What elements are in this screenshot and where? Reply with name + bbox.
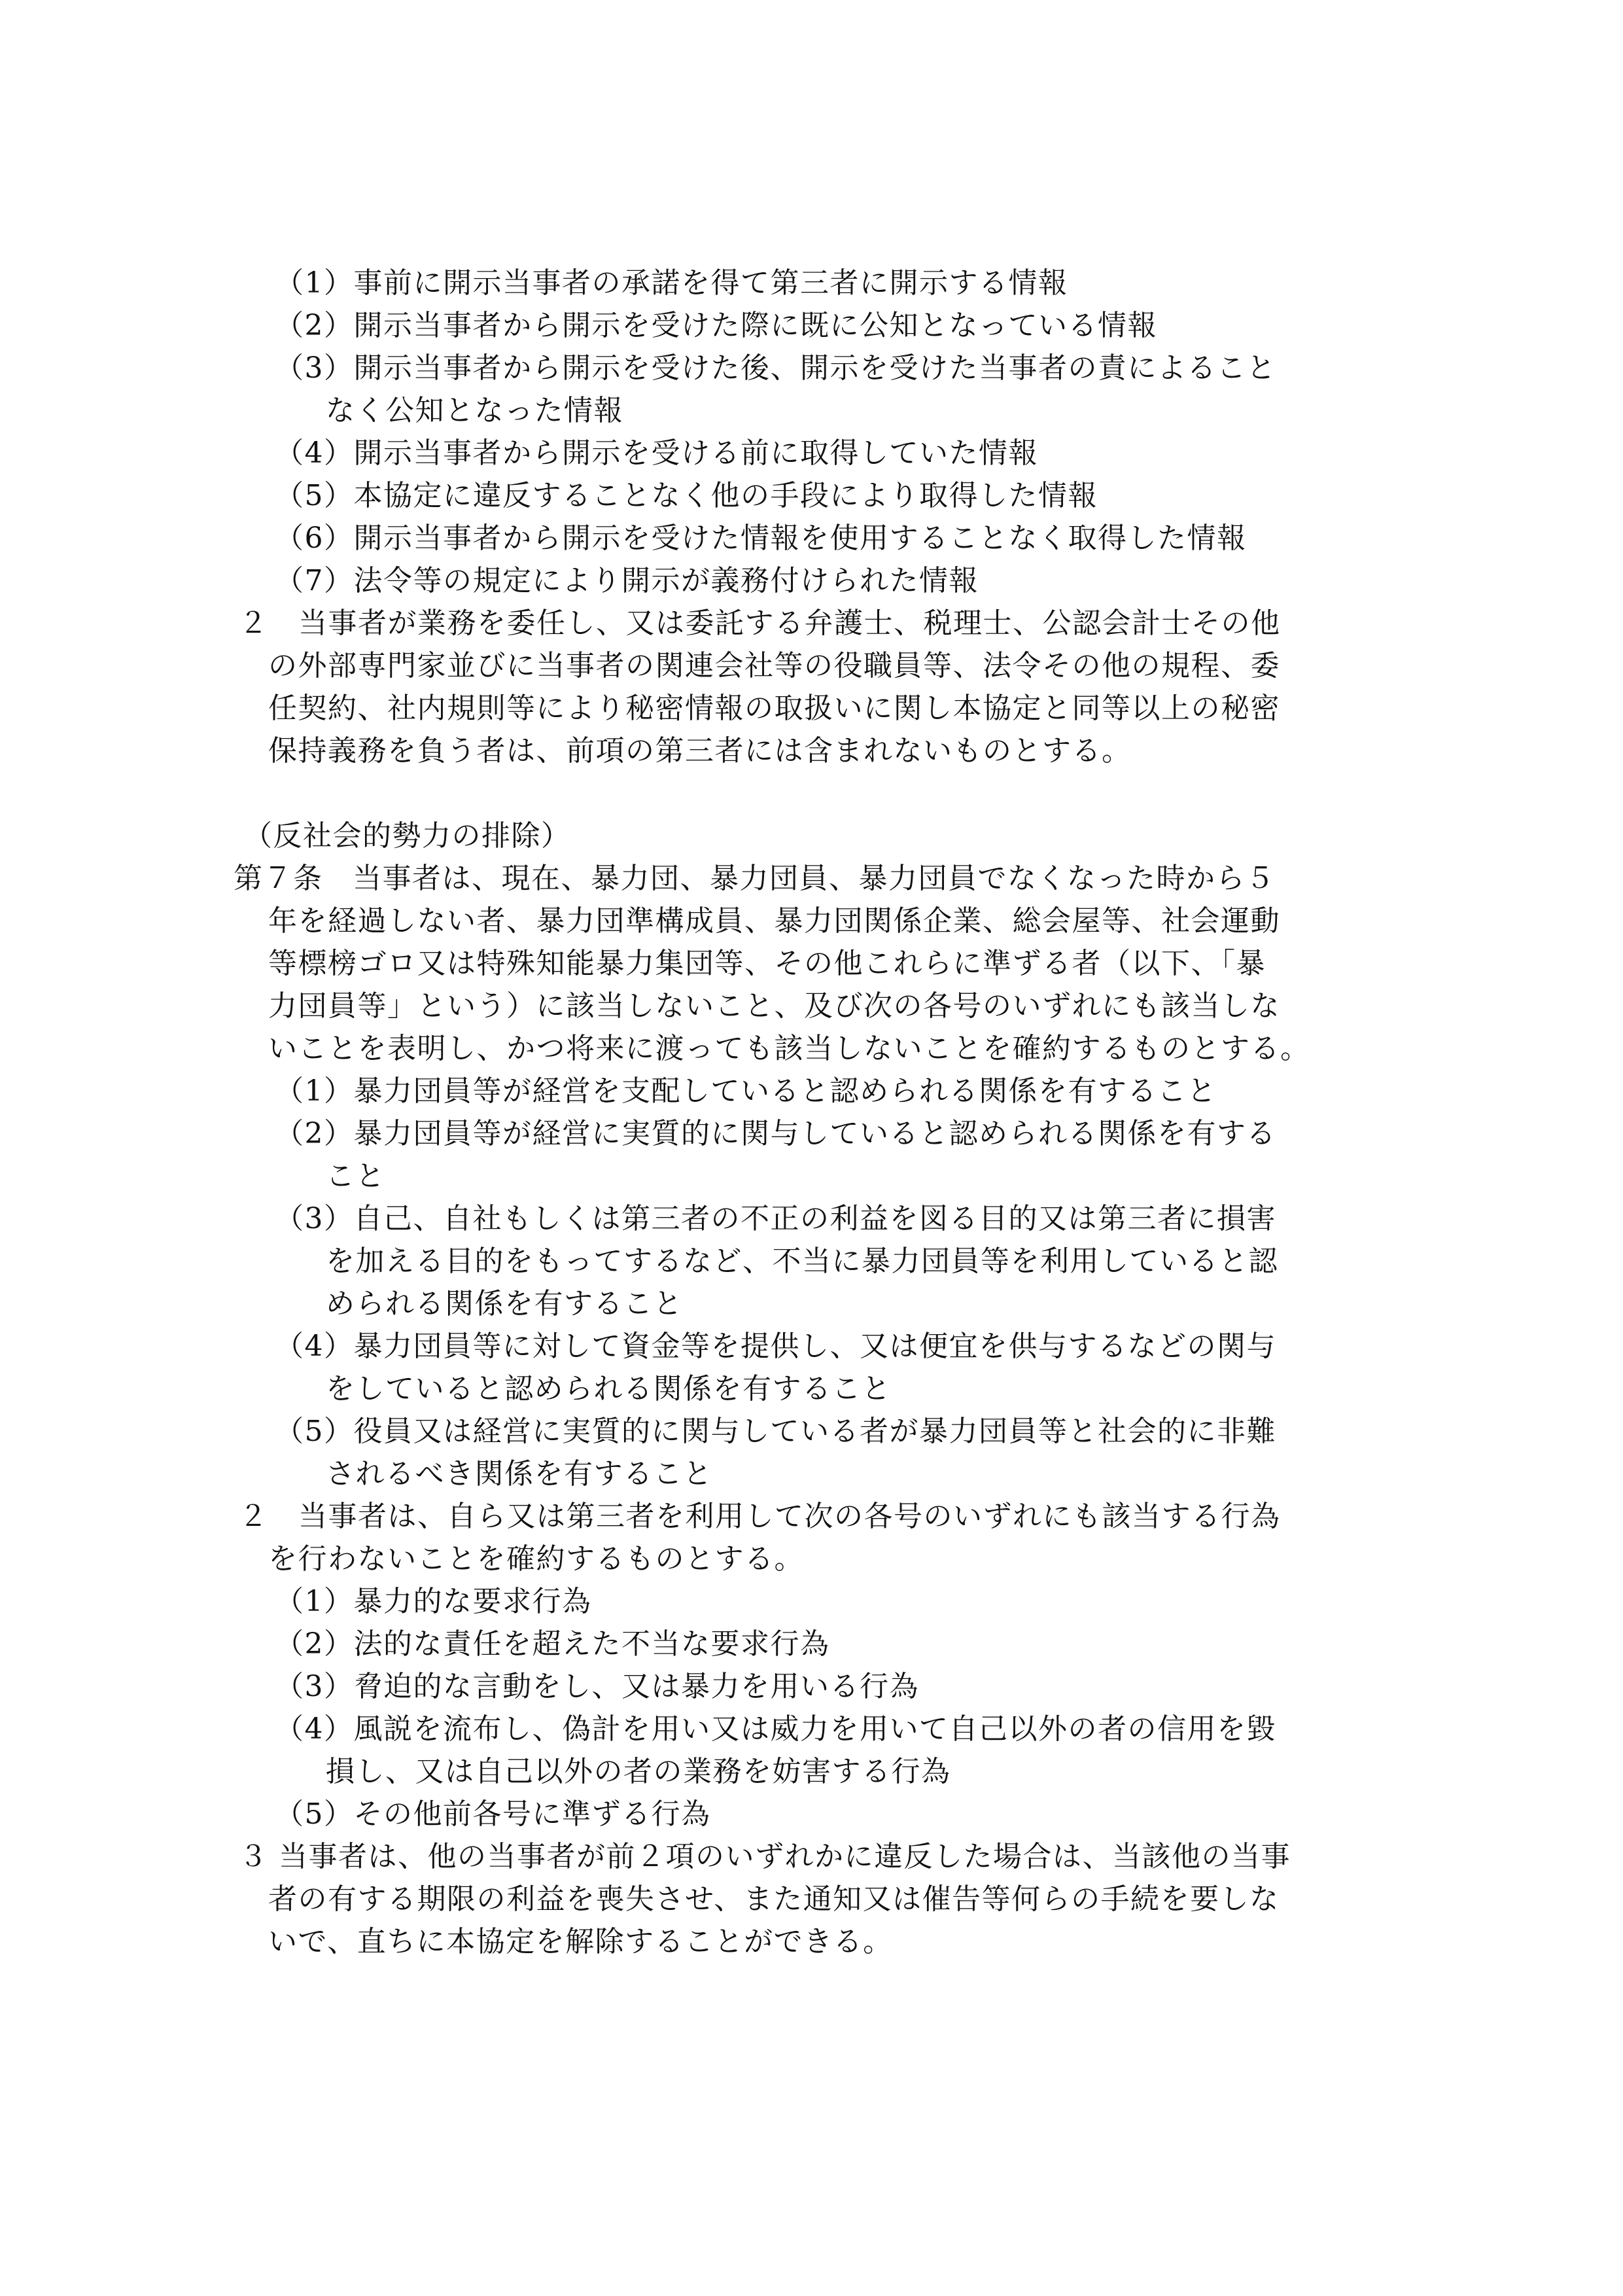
article-7-paragraph-3-line-3: いで、直ちに本協定を解除することができる。 — [268, 1920, 893, 1963]
item-label: （1） — [275, 1585, 354, 1618]
item-label: （1） — [275, 266, 354, 300]
article-7-paragraph-2-line-2: を行わないことを確約するものとする。 — [268, 1538, 804, 1580]
item-text: 暴力団員等が経営に実質的に関与していると認められる関係を有する — [354, 1117, 1277, 1150]
item-text: 暴力的な要求行為 — [354, 1585, 592, 1618]
item-text: 暴力団員等に対して資金等を提供し、又は便宜を供与するなどの関与 — [354, 1330, 1277, 1363]
article-7-line-1: 第７条 当事者は、現在、暴力団、暴力団員、暴力団員でなくなった時から５ — [234, 857, 1276, 900]
item-text: 役員又は経営に実質的に関与している者が暴力団員等と社会的に非難 — [354, 1415, 1277, 1448]
article-7-p2-item-3: （3）脅迫的な言動をし、又は暴力を用いる行為 — [275, 1665, 919, 1708]
item-label: （4） — [275, 1712, 354, 1746]
item-text: 風説を流布し、偽計を用い又は威力を用いて自己以外の者の信用を毀 — [354, 1712, 1277, 1746]
article-7-p2-item-4-cont: 損し、又は自己以外の者の業務を妨害する行為 — [326, 1750, 951, 1793]
item-label: （2） — [275, 309, 354, 342]
item-label: （5） — [275, 1415, 354, 1448]
item-text: 事前に開示当事者の承諾を得て第三者に開示する情報 — [354, 266, 1068, 300]
item-label: （2） — [275, 1627, 354, 1661]
item-text: 法令等の規定により開示が義務付けられた情報 — [354, 564, 979, 597]
article-7-p2-item-2: （2）法的な責任を超えた不当な要求行為 — [275, 1623, 830, 1665]
item-text: 脅迫的な言動をし、又は暴力を用いる行為 — [354, 1670, 920, 1703]
item-label: （3） — [275, 1670, 354, 1703]
paragraph-2-line-3: 任契約、社内規則等により秘密情報の取扱いに関し本協定と同等以上の秘密 — [268, 687, 1280, 730]
item-text: 本協定に違反することなく他の手段により取得した情報 — [354, 479, 1098, 512]
list-item-6: （6）開示当事者から開示を受けた情報を使用することなく取得した情報 — [275, 517, 1247, 559]
item-text: 開示当事者から開示を受ける前に取得していた情報 — [354, 436, 1039, 470]
paragraph-2-line-2: の外部専門家並びに当事者の関連会社等の役職員等、法令その他の規程、委 — [268, 645, 1280, 687]
document-page: （1）事前に開示当事者の承諾を得て第三者に開示する情報 （2）開示当事者から開示… — [0, 0, 1623, 2296]
item-text: 自己、自社もしくは第三者の不正の利益を図る目的又は第三者に損害 — [354, 1202, 1277, 1235]
item-text: 開示当事者から開示を受けた際に既に公知となっている情報 — [354, 309, 1158, 342]
article-7-heading: （反社会的勢力の排除） — [243, 815, 571, 857]
article-7-line-2: 年を経過しない者、暴力団準構成員、暴力団関係企業、総会屋等、社会運動 — [268, 900, 1280, 942]
article-7-item-5: （5）役員又は経営に実質的に関与している者が暴力団員等と社会的に非難 — [275, 1410, 1276, 1453]
list-item-3: （3）開示当事者から開示を受けた後、開示を受けた当事者の責によること — [275, 347, 1276, 389]
list-item-7: （7）法令等の規定により開示が義務付けられた情報 — [275, 559, 979, 602]
article-7-item-2-cont: こと — [326, 1155, 385, 1197]
article-7-item-3: （3）自己、自社もしくは第三者の不正の利益を図る目的又は第三者に損害 — [275, 1197, 1276, 1240]
item-label: （5） — [275, 1797, 354, 1831]
article-7-paragraph-3-line-2: 者の有する期限の利益を喪失させ、また通知又は催告等何らの手続を要しな — [268, 1878, 1280, 1920]
article-7-item-1: （1）暴力団員等が経営を支配していると認められる関係を有すること — [275, 1070, 1217, 1112]
article-7-p2-item-5: （5）その他前各号に準ずる行為 — [275, 1793, 711, 1835]
article-7-item-4-cont: をしていると認められる関係を有すること — [326, 1368, 892, 1410]
item-label: （7） — [275, 564, 354, 597]
article-7-line-4: 力団員等」という）に該当しないこと、及び次の各号のいずれにも該当しな — [268, 985, 1280, 1027]
article-7-p2-item-4: （4）風説を流布し、偽計を用い又は威力を用いて自己以外の者の信用を毀 — [275, 1708, 1276, 1750]
list-item-5: （5）本協定に違反することなく他の手段により取得した情報 — [275, 474, 1098, 517]
paragraph-2-line-1: ２ 当事者が業務を委任し、又は委託する弁護士、税理士、公認会計士その他 — [239, 602, 1281, 645]
article-7-item-5-cont: されるべき関係を有すること — [326, 1453, 713, 1495]
list-item-3-cont: なく公知となった情報 — [326, 389, 623, 432]
article-7-paragraph-2-line-1: ２ 当事者は、自ら又は第三者を利用して次の各号のいずれにも該当する行為 — [239, 1495, 1281, 1538]
article-7-line-5: いことを表明し、かつ将来に渡っても該当しないことを確約するものとする。 — [268, 1027, 1310, 1070]
item-label: （4） — [275, 1330, 354, 1363]
item-label: （5） — [275, 479, 354, 512]
list-item-4: （4）開示当事者から開示を受ける前に取得していた情報 — [275, 432, 1038, 474]
article-7-item-2: （2）暴力団員等が経営に実質的に関与していると認められる関係を有する — [275, 1112, 1276, 1155]
item-label: （2） — [275, 1117, 354, 1150]
article-7-item-4: （4）暴力団員等に対して資金等を提供し、又は便宜を供与するなどの関与 — [275, 1325, 1276, 1368]
item-label: （3） — [275, 351, 354, 385]
article-7-item-3-cont-2: められる関係を有すること — [326, 1282, 683, 1325]
list-item-1: （1）事前に開示当事者の承諾を得て第三者に開示する情報 — [275, 262, 1068, 304]
paragraph-2-line-4: 保持義務を負う者は、前項の第三者には含まれないものとする。 — [268, 730, 1132, 772]
item-text: 暴力団員等が経営を支配していると認められる関係を有すること — [354, 1074, 1217, 1108]
item-label: （3） — [275, 1202, 354, 1235]
item-text: 開示当事者から開示を受けた情報を使用することなく取得した情報 — [354, 521, 1247, 555]
item-label: （1） — [275, 1074, 354, 1108]
list-item-2: （2）開示当事者から開示を受けた際に既に公知となっている情報 — [275, 304, 1157, 347]
article-7-p2-item-1: （1）暴力的な要求行為 — [275, 1580, 592, 1623]
item-text: 法的な責任を超えた不当な要求行為 — [354, 1627, 830, 1661]
article-7-line-3: 等標榜ゴロ又は特殊知能暴力集団等、その他これらに準ずる者（以下、「暴 — [268, 942, 1266, 985]
item-text: その他前各号に準ずる行為 — [354, 1797, 711, 1831]
article-7-item-3-cont-1: を加える目的をもってするなど、不当に暴力団員等を利用していると認 — [326, 1240, 1278, 1282]
article-7-paragraph-3-line-1: ３ 当事者は、他の当事者が前２項のいずれかに違反した場合は、当該他の当事 — [239, 1835, 1291, 1878]
item-label: （4） — [275, 436, 354, 470]
item-label: （6） — [275, 521, 354, 555]
item-text: 開示当事者から開示を受けた後、開示を受けた当事者の責によること — [354, 351, 1277, 385]
